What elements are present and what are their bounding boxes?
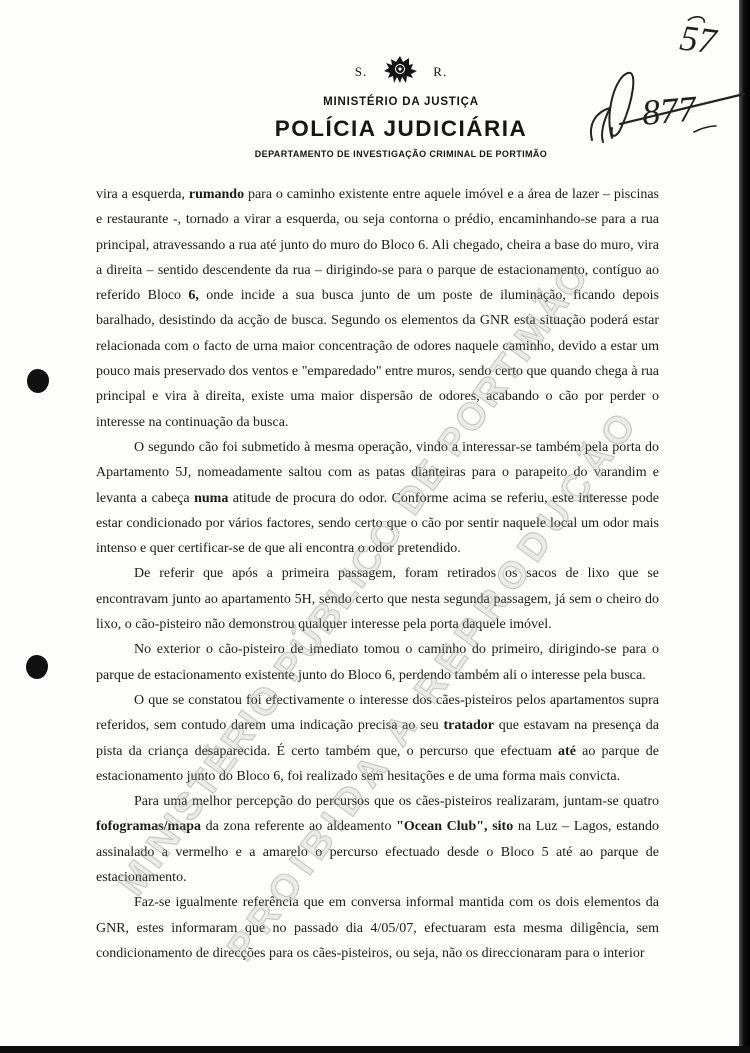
sigla-left-label: S. xyxy=(355,64,367,80)
svg-text:57: 57 xyxy=(678,17,721,61)
scan-border-right xyxy=(739,0,750,1053)
coat-of-arms-icon xyxy=(383,56,417,87)
hole-punch-mark xyxy=(27,369,49,393)
svg-text:877: 877 xyxy=(640,88,699,133)
paragraph: vira a esquerda, rumando para o caminho … xyxy=(96,182,659,435)
handwritten-signature: 877 xyxy=(576,66,748,151)
paragraph: Faz-se igualmente referência que em conv… xyxy=(96,890,659,966)
hole-punch-mark xyxy=(26,655,48,679)
paragraph: Para uma melhor percepção do percursos q… xyxy=(96,789,659,890)
sigla-right-label: R. xyxy=(433,64,447,80)
paragraph: O segundo cão foi submetido à mesma oper… xyxy=(96,435,659,561)
scanned-document-page: S. R. MINISTÉRIO DA JUSTIÇA POLÍCIA JUDI… xyxy=(0,0,750,1053)
paragraph: De referir que após a primeira passagem,… xyxy=(96,561,659,637)
scan-border-bottom xyxy=(0,1046,750,1053)
paragraph: No exterior o cão-pisteiro de imediato t… xyxy=(96,637,659,688)
paragraph: O que se constatou foi efectivamente o i… xyxy=(96,688,659,789)
handwritten-page-number: 57 xyxy=(672,12,738,73)
document-body: vira a esquerda, rumando para o caminho … xyxy=(96,182,659,966)
